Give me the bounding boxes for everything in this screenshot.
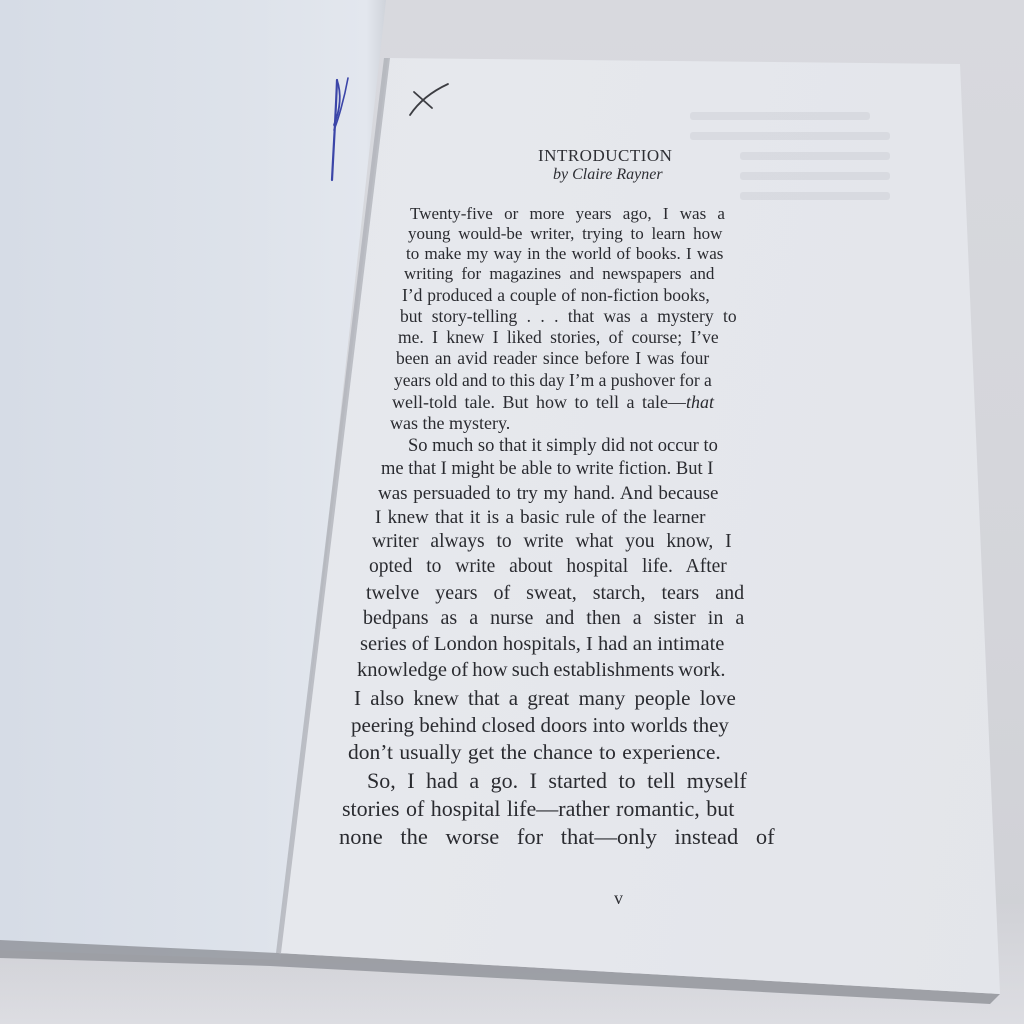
text-line: So, I had a go. I started to tell myself [367, 768, 747, 794]
text-line: years old and to this day I’m a pushover… [394, 370, 712, 391]
text-line: I’d produced a couple of non-fiction boo… [402, 285, 710, 306]
introduction-text: INTRODUCTION by Claire Rayner Twenty-fiv… [0, 0, 1024, 1024]
text-line: well-told tale. But how to tell a tale—t… [392, 392, 714, 413]
text-line: series of London hospitals, I had an int… [360, 633, 724, 656]
page-title: INTRODUCTION [538, 146, 672, 166]
text-line: was persuaded to try my hand. And becaus… [378, 483, 718, 505]
text-line: was the mystery. [390, 413, 510, 434]
text-line: but story-telling . . . that was a myste… [400, 306, 737, 327]
text-line: twelve years of sweat, starch, tears and [366, 582, 744, 605]
text-line: writing for magazines and newspapers and [404, 264, 714, 284]
text-line: opted to write about hospital life. Afte… [369, 556, 727, 578]
text-line: knowledge of how such establishments wor… [357, 659, 726, 682]
text-line-italic: that [686, 392, 714, 412]
text-line: don’t usually get the chance to experien… [348, 740, 721, 765]
text-line: peering behind closed doors into worlds … [351, 713, 729, 738]
text-line: I knew that it is a basic rule of the le… [375, 507, 706, 529]
text-line: been an avid reader since before I was f… [396, 348, 709, 369]
text-line: young would-be writer, trying to learn h… [408, 224, 722, 244]
text-line: So much so that it simply did not occur … [408, 436, 718, 457]
text-line: none the worse for that—only instead of [339, 824, 775, 850]
page-number: v [614, 888, 623, 909]
text-line: bedpans as a nurse and then a sister in … [363, 607, 744, 630]
text-line: I also knew that a great many people lov… [354, 686, 736, 711]
text-line: me that I might be able to write fiction… [381, 459, 713, 480]
text-line: writer always to write what you know, I [372, 531, 732, 553]
text-line: me. I knew I liked stories, of course; I… [398, 327, 719, 348]
text-line-main: well-told tale. But how to tell a tale— [392, 392, 686, 412]
text-line: Twenty-five or more years ago, I was a [410, 204, 725, 224]
text-line: stories of hospital life—rather romantic… [342, 796, 734, 822]
author-byline: by Claire Rayner [553, 166, 663, 184]
text-line: to make my way in the world of books. I … [406, 244, 723, 264]
